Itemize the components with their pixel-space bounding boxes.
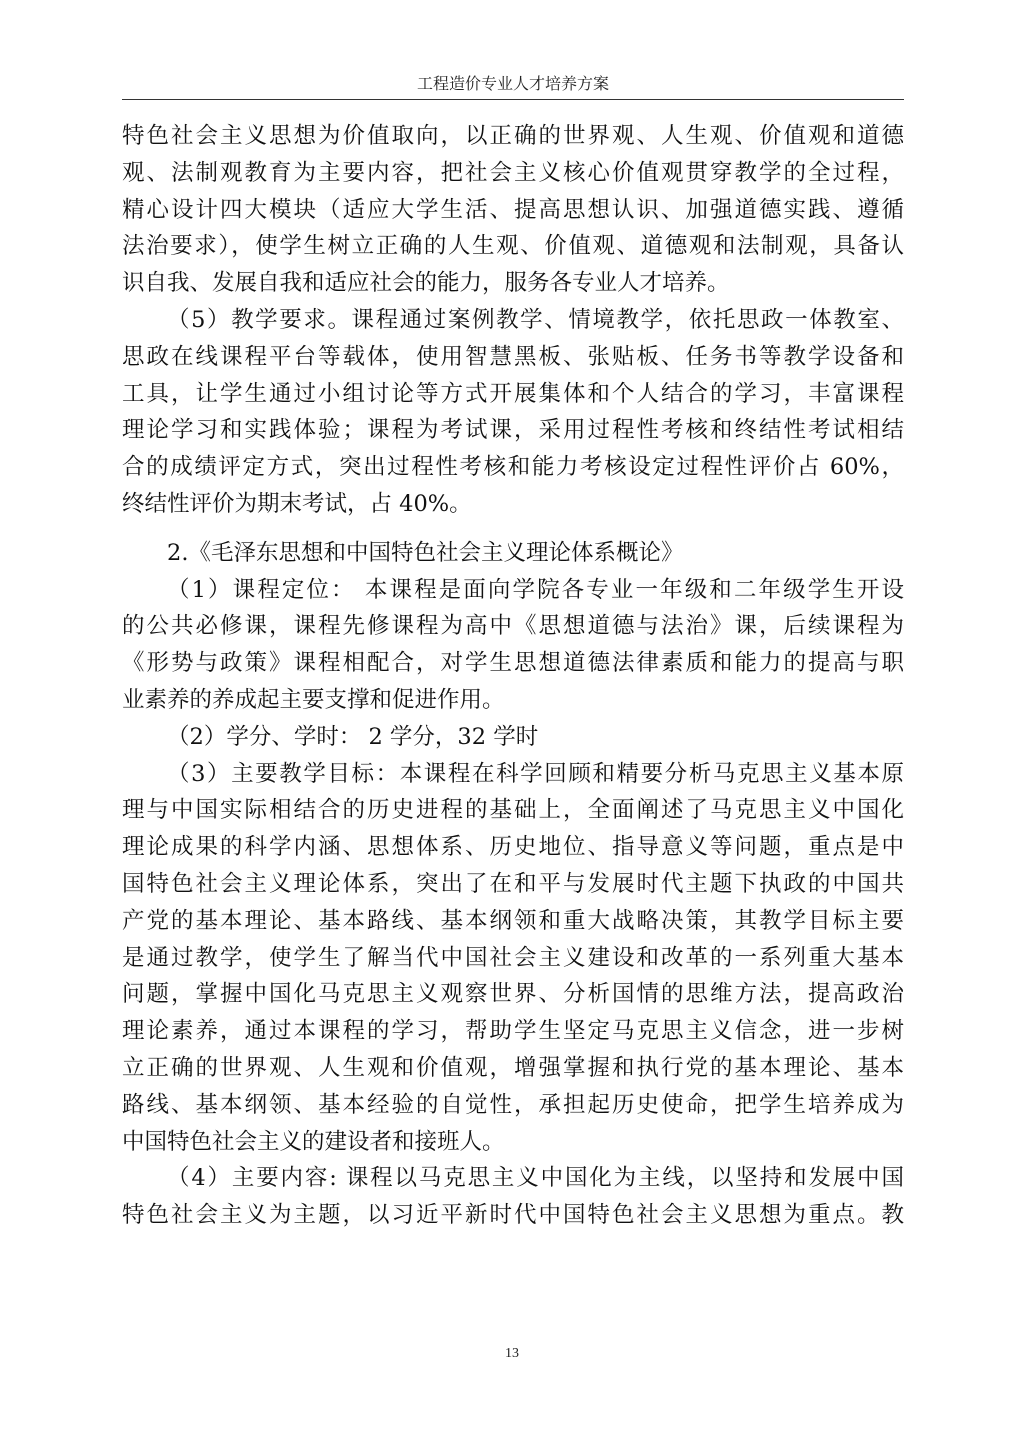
running-header: 工程造价专业人才培养方案: [122, 70, 904, 98]
text-line: 精心设计四大模块（适应大学生活、提高思想认识、加强道德实践、遵循: [122, 192, 904, 229]
text-line: 识自我、发展自我和适应社会的能力，服务各专业人才培养。: [122, 265, 904, 302]
text-line: （1）课程定位： 本课程是面向学院各专业一年级和二年级学生开设: [122, 572, 904, 609]
paragraph-credits-hours: （2）学分、学时： 2 学分，32 学时: [122, 719, 904, 756]
text-line: 是通过教学，使学生了解当代中国社会主义建设和改革的一系列重大基本: [122, 940, 904, 977]
paragraph-teaching-objectives: （3）主要教学目标：本课程在科学回顾和精要分析马克思主义基本原 理与中国实际相结…: [122, 756, 904, 1161]
header-divider: [122, 99, 904, 100]
paragraph-moral-education-content: 特色社会主义思想为价值取向，以正确的世界观、人生观、价值观和道德 观、法制观教育…: [122, 118, 904, 302]
text-line: 理论学习和实践体验；课程为考试课，采用过程性考核和终结性考试相结: [122, 412, 904, 449]
paragraph-teaching-requirements: （5）教学要求。课程通过案例教学、情境教学，依托思政一体教室、 思政在线课程平台…: [122, 302, 904, 523]
text-line: 问题，掌握中国化马克思主义观察世界、分析国情的思维方法，提高政治: [122, 976, 904, 1013]
paragraph-course-positioning: （1）课程定位： 本课程是面向学院各专业一年级和二年级学生开设 的公共必修课，课…: [122, 572, 904, 719]
course-heading: 2.《毛泽东思想和中国特色社会主义理论体系概论》: [122, 535, 904, 572]
text-line: 立正确的世界观、人生观和价值观，增强掌握和执行党的基本理论、基本: [122, 1050, 904, 1087]
text-line: 《形势与政策》课程相配合，对学生思想道德法律素质和能力的提高与职: [122, 645, 904, 682]
text-line: 工具，让学生通过小组讨论等方式开展集体和个人结合的学习，丰富课程: [122, 376, 904, 413]
text-line: 特色社会主义思想为价值取向，以正确的世界观、人生观、价值观和道德: [122, 118, 904, 155]
paragraph-main-content: （4）主要内容: 课程以马克思主义中国化为主线，以坚持和发展中国 特色社会主义为…: [122, 1160, 904, 1234]
text-line: 理论素养，通过本课程的学习，帮助学生坚定马克思主义信念，进一步树: [122, 1013, 904, 1050]
text-line: （4）主要内容: 课程以马克思主义中国化为主线，以坚持和发展中国: [122, 1160, 904, 1197]
text-line: 产党的基本理论、基本路线、基本纲领和重大战略决策，其教学目标主要: [122, 903, 904, 940]
text-line: 路线、基本纲领、基本经验的自觉性，承担起历史使命，把学生培养成为: [122, 1087, 904, 1124]
text-line: （3）主要教学目标：本课程在科学回顾和精要分析马克思主义基本原: [122, 756, 904, 793]
text-line: 观、法制观教育为主要内容，把社会主义核心价值观贯穿教学的全过程，: [122, 155, 904, 192]
document-page: 工程造价专业人才培养方案 特色社会主义思想为价值取向，以正确的世界观、人生观、价…: [0, 0, 1024, 1448]
text-line: 特色社会主义为主题，以习近平新时代中国特色社会主义思想为重点。教: [122, 1197, 904, 1234]
text-line: 业素养的养成起主要支撑和促进作用。: [122, 682, 904, 719]
text-line: 理论成果的科学内涵、思想体系、历史地位、指导意义等问题，重点是中: [122, 829, 904, 866]
text-line: 理与中国实际相结合的历史进程的基础上，全面阐述了马克思主义中国化: [122, 792, 904, 829]
text-line: 终结性评价为期末考试，占 40%。: [122, 486, 904, 523]
text-line: 法治要求），使学生树立正确的人生观、价值观、道德观和法制观，具备认: [122, 228, 904, 265]
text-line: 合的成绩评定方式，突出过程性考核和能力考核设定过程性评价占 60%，: [122, 449, 904, 486]
document-body: 特色社会主义思想为价值取向，以正确的世界观、人生观、价值观和道德 观、法制观教育…: [122, 118, 904, 1234]
text-line: （5）教学要求。课程通过案例教学、情境教学，依托思政一体教室、: [122, 302, 904, 339]
text-line: 国特色社会主义理论体系，突出了在和平与发展时代主题下执政的中国共: [122, 866, 904, 903]
text-line: 思政在线课程平台等载体，使用智慧黑板、张贴板、任务书等教学设备和: [122, 339, 904, 376]
text-line: 的公共必修课，课程先修课程为高中《思想道德与法治》课，后续课程为: [122, 608, 904, 645]
text-line: （2）学分、学时： 2 学分，32 学时: [122, 719, 904, 756]
page-number: 13: [0, 1346, 1024, 1362]
text-line: 中国特色社会主义的建设者和接班人。: [122, 1124, 904, 1161]
